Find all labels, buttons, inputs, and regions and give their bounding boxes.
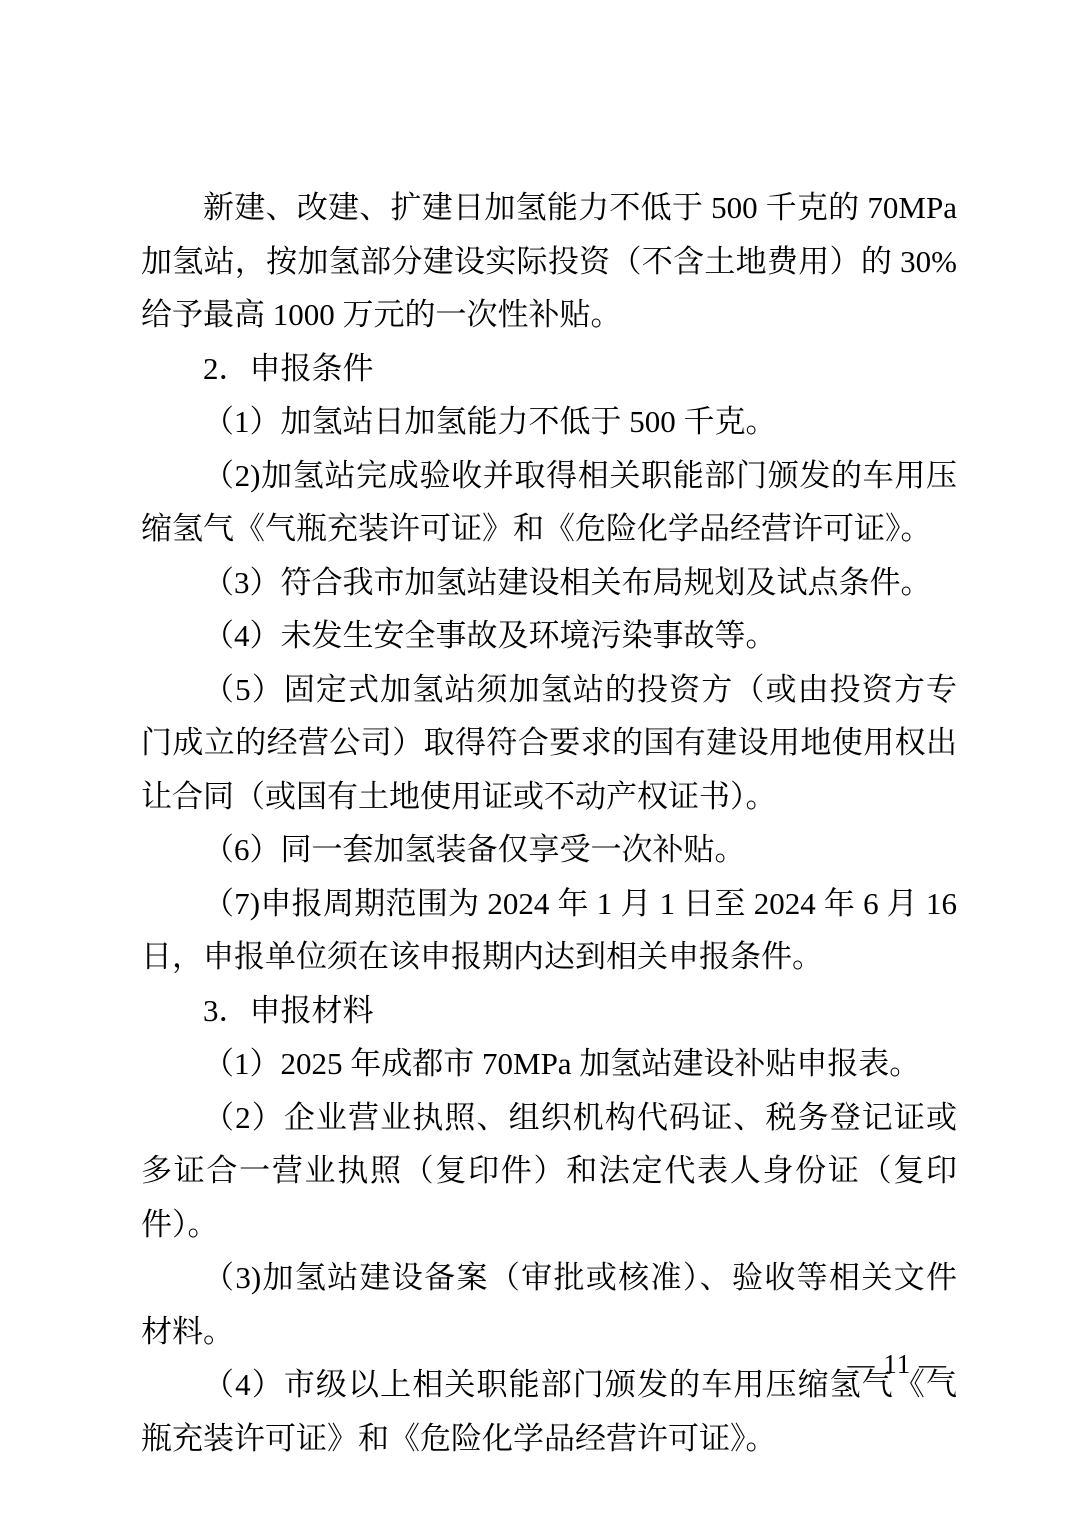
condition-item-3: （3）符合我市加氢站建设相关布局规划及试点条件。 <box>141 556 957 610</box>
material-item-1: （1）2025 年成都市 70MPa 加氢站建设补贴申报表。 <box>141 1037 957 1091</box>
condition-item-6: （6）同一套加氢装备仅享受一次补贴。 <box>141 823 957 877</box>
section-heading-application-conditions: 2．申报条件 <box>141 342 957 396</box>
section-heading-application-materials: 3．申报材料 <box>141 984 957 1038</box>
condition-item-7: （7)申报周期范围为 2024 年 1 月 1 日至 2024 年 6 月 16… <box>141 877 957 984</box>
condition-item-4: （4）未发生安全事故及环境污染事故等。 <box>141 609 957 663</box>
document-body: 新建、改建、扩建日加氢能力不低于 500 千克的 70MPa 加氢站，按加氢部分… <box>141 181 957 1465</box>
material-item-3: （3)加氢站建设备案（审批或核准）、验收等相关文件材料。 <box>141 1251 957 1358</box>
material-item-4: （4）市级以上相关职能部门颁发的车用压缩氢气《气瓶充装许可证》和《危险化学品经营… <box>141 1358 957 1465</box>
page-number: — 11 — <box>848 1346 948 1382</box>
document-page: 新建、改建、扩建日加氢能力不低于 500 千克的 70MPa 加氢站，按加氢部分… <box>0 0 1080 1528</box>
condition-item-5: （5）固定式加氢站须加氢站的投资方（或由投资方专门成立的经营公司）取得符合要求的… <box>141 663 957 824</box>
paragraph-subsidy-intro: 新建、改建、扩建日加氢能力不低于 500 千克的 70MPa 加氢站，按加氢部分… <box>141 181 957 342</box>
condition-item-2: （2)加氢站完成验收并取得相关职能部门颁发的车用压缩氢气《气瓶充装许可证》和《危… <box>141 449 957 556</box>
material-item-2: （2）企业营业执照、组织机构代码证、税务登记证或多证合一营业执照（复印件）和法定… <box>141 1091 957 1252</box>
condition-item-1: （1）加氢站日加氢能力不低于 500 千克。 <box>141 395 957 449</box>
